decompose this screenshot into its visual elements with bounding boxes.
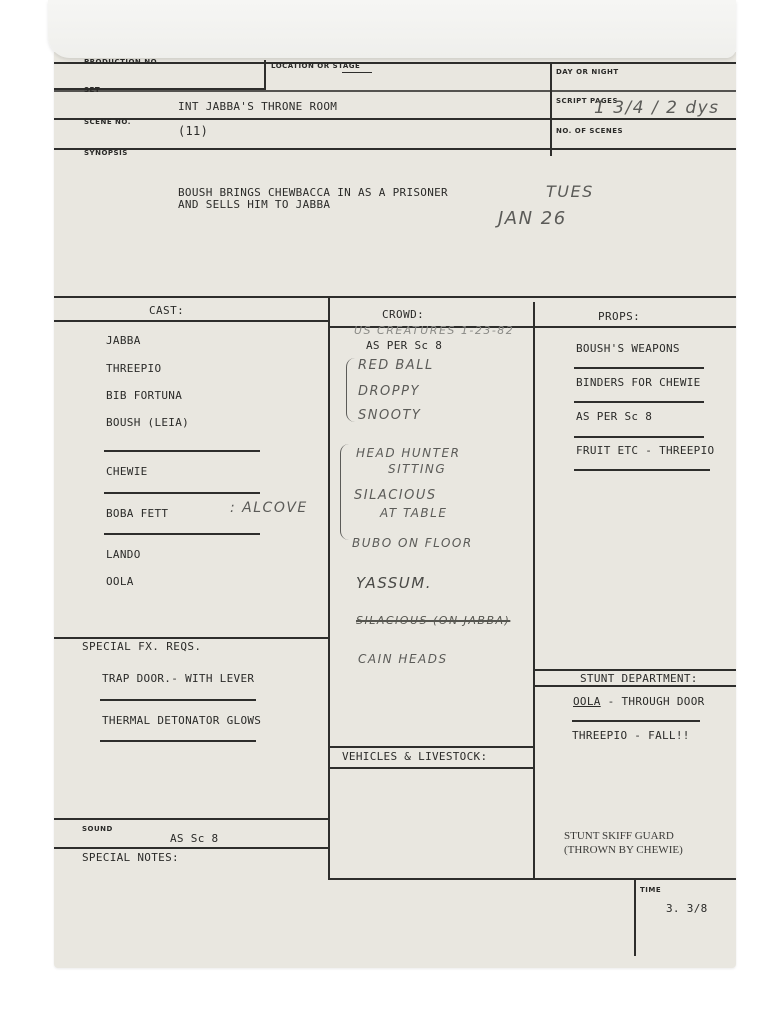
rule: [100, 740, 256, 742]
crowd-handwritten: HEAD HUNTER: [356, 446, 460, 460]
synopsis-line-2: AND SELLS HIM TO JABBA: [178, 198, 330, 211]
crowd-handwritten: YASSUM.: [356, 574, 432, 592]
cast-item: BOBA FETT: [106, 507, 168, 520]
rule: [104, 533, 260, 535]
cast-item: JABBA: [106, 334, 141, 347]
vehicles-title: VEHICLES & LIVESTOCK:: [342, 750, 487, 763]
rule: [572, 720, 700, 722]
crowd-typed: AS PER Sc 8: [366, 339, 442, 352]
crowd-handwritten-top: US CREATURES 1-23-82: [354, 324, 514, 337]
rule: [328, 296, 330, 878]
props-item: FRUIT ETC - THREEPIO: [576, 444, 714, 457]
handwritten-day: TUES: [546, 182, 594, 201]
paper-curl-top: [48, 0, 736, 58]
cast-item: OOLA: [106, 575, 134, 588]
sound-label: SOUND: [82, 825, 113, 833]
stunt-item-1-rest: - THROUGH DOOR: [601, 695, 705, 708]
brace-icon: [340, 444, 349, 540]
no-of-scenes-label: NO. OF SCENES: [556, 127, 623, 135]
crowd-handwritten-crossed: SILACIOUS (ON JABBA): [356, 614, 510, 627]
scene-no-label: SCENE NO.: [84, 118, 131, 126]
rule: [54, 818, 329, 820]
rule: [328, 746, 534, 748]
rule: [574, 469, 710, 471]
rule: [54, 296, 736, 298]
rule: [54, 847, 329, 849]
rule: [634, 878, 636, 956]
handwritten-date: JAN 26: [498, 208, 567, 229]
cast-item: CHEWIE: [106, 465, 148, 478]
rule: [54, 118, 736, 120]
stunt-extra-line-2: (THROWN BY CHEWIE): [564, 843, 683, 857]
cast-item: LANDO: [106, 548, 141, 561]
cast-item: BOUSH (LEIA): [106, 416, 189, 429]
set-value: INT JABBA'S THRONE ROOM: [178, 100, 337, 113]
rule: [342, 72, 372, 73]
brace-icon: [346, 358, 355, 422]
crowd-handwritten: CAIN HEADS: [358, 652, 448, 666]
stunt-item-1-name: OOLA: [573, 695, 601, 708]
crowd-handwritten: SITTING: [388, 462, 446, 476]
cast-item: BIB FORTUNA: [106, 389, 182, 402]
crowd-handwritten: SILACIOUS: [354, 488, 437, 503]
rule: [533, 685, 736, 687]
rule: [104, 450, 260, 452]
scene-no-value: (11): [178, 124, 208, 138]
sound-value: AS Sc 8: [170, 832, 218, 845]
props-item: BINDERS FOR CHEWIE: [576, 376, 701, 389]
rule: [54, 637, 329, 639]
rule: [264, 60, 266, 90]
props-item: AS PER Sc 8: [576, 410, 652, 423]
special-fx-item: TRAP DOOR.- WITH LEVER: [102, 672, 254, 685]
synopsis-label: SYNOPSIS: [84, 149, 128, 157]
script-pages-handwritten: 1 3/4 / 2 dys: [594, 98, 720, 118]
props-item: BOUSH'S WEAPONS: [576, 342, 680, 355]
stunt-item-1: OOLA - THROUGH DOOR: [573, 695, 705, 708]
time-value: 3. 3/8: [666, 902, 708, 915]
stunt-title: STUNT DEPARTMENT:: [580, 672, 698, 685]
location-label: LOCATION OR STAGE: [271, 62, 360, 70]
rule: [550, 62, 552, 156]
crowd-handwritten: DROPPY: [358, 384, 420, 399]
boba-note: : ALCOVE: [230, 500, 308, 516]
rule: [574, 367, 704, 369]
special-fx-title: SPECIAL FX. REQS.: [82, 640, 201, 653]
rule: [574, 401, 704, 403]
rule: [328, 878, 736, 880]
production-no-label: PRODUCTION NO.: [84, 58, 160, 66]
breakdown-sheet: PRODUCTION NO. LOCATION OR STAGE DAY OR …: [54, 52, 736, 968]
rule: [328, 767, 534, 769]
special-notes-label: SPECIAL NOTES:: [82, 851, 179, 864]
rule: [104, 492, 260, 494]
props-title: PROPS:: [598, 310, 640, 323]
day-night-label: DAY OR NIGHT: [556, 68, 619, 76]
rule: [533, 669, 736, 671]
crowd-handwritten: RED BALL: [358, 358, 434, 373]
cast-item: THREEPIO: [106, 362, 161, 375]
cast-title: CAST:: [149, 304, 184, 317]
crowd-handwritten: BUBO ON FLOOR: [352, 536, 473, 550]
stunt-item-2: THREEPIO - FALL!!: [572, 729, 690, 742]
time-label: TIME: [640, 886, 661, 894]
rule: [574, 436, 704, 438]
set-label: SET: [84, 86, 100, 94]
crowd-title: CROWD:: [382, 308, 424, 321]
crowd-handwritten: AT TABLE: [380, 506, 447, 520]
crowd-handwritten: SNOOTY: [358, 408, 421, 423]
rule: [533, 302, 535, 880]
stunt-extra-line-1: STUNT SKIFF GUARD: [564, 829, 674, 843]
special-fx-item: THERMAL DETONATOR GLOWS: [102, 714, 261, 727]
rule: [54, 320, 328, 322]
rule: [100, 699, 256, 701]
rule: [54, 90, 736, 92]
rule: [54, 148, 736, 150]
